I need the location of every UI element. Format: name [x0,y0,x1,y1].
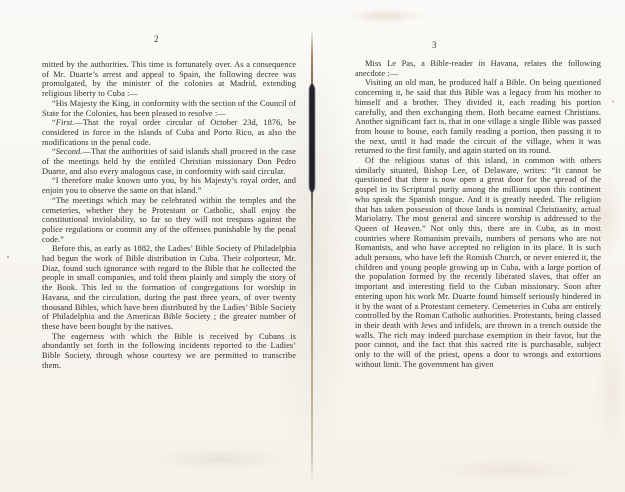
paragraph: “Second.—That the authorities of said is… [42,147,296,176]
scan-smudge [150,448,290,470]
scan-smudge [430,458,590,482]
right-page-number: 3 [355,40,601,51]
scan-speck [7,256,9,258]
paragraph: “I therefore make known unto you, by his… [42,176,296,195]
paragraph: “First.—That the royal order circular of… [42,118,296,147]
left-page: 2 mitted by the authorities. This time i… [42,34,296,371]
italic-lead: First. [56,118,75,127]
italic-lead: Second. [56,147,83,156]
paragraph: Miss Le Pas, a Bible-reader in Havana, r… [355,59,601,78]
paragraph: Visiting an old man, he produced half a … [355,78,601,156]
gutter-shadow-blob [309,84,315,192]
right-page: 3 Miss Le Pas, a Bible-reader in Havana,… [355,40,601,370]
left-page-number: 2 [42,34,296,45]
paragraph: The eagerness with which the Bible is re… [42,332,296,371]
left-page-text: mitted by the authorities. This time is … [42,60,296,371]
paragraph-body: —That the royal order circular of Octobe… [42,118,296,146]
book-scan-spread: 2 mitted by the authorities. This time i… [0,0,625,492]
paragraph: Before this, as early as 1882, the Ladie… [42,244,296,331]
right-page-text: Miss Le Pas, a Bible-reader in Havana, r… [355,59,601,370]
paragraph: mitted by the authorities. This time is … [42,60,296,99]
scan-speck [612,100,614,103]
paragraph: “His Majesty the King, in conformity wit… [42,99,296,118]
scan-smudge [345,8,425,24]
paragraph: “The meetings which may be celebrated wi… [42,196,296,245]
paragraph: Of the religious status of this island, … [355,156,601,369]
